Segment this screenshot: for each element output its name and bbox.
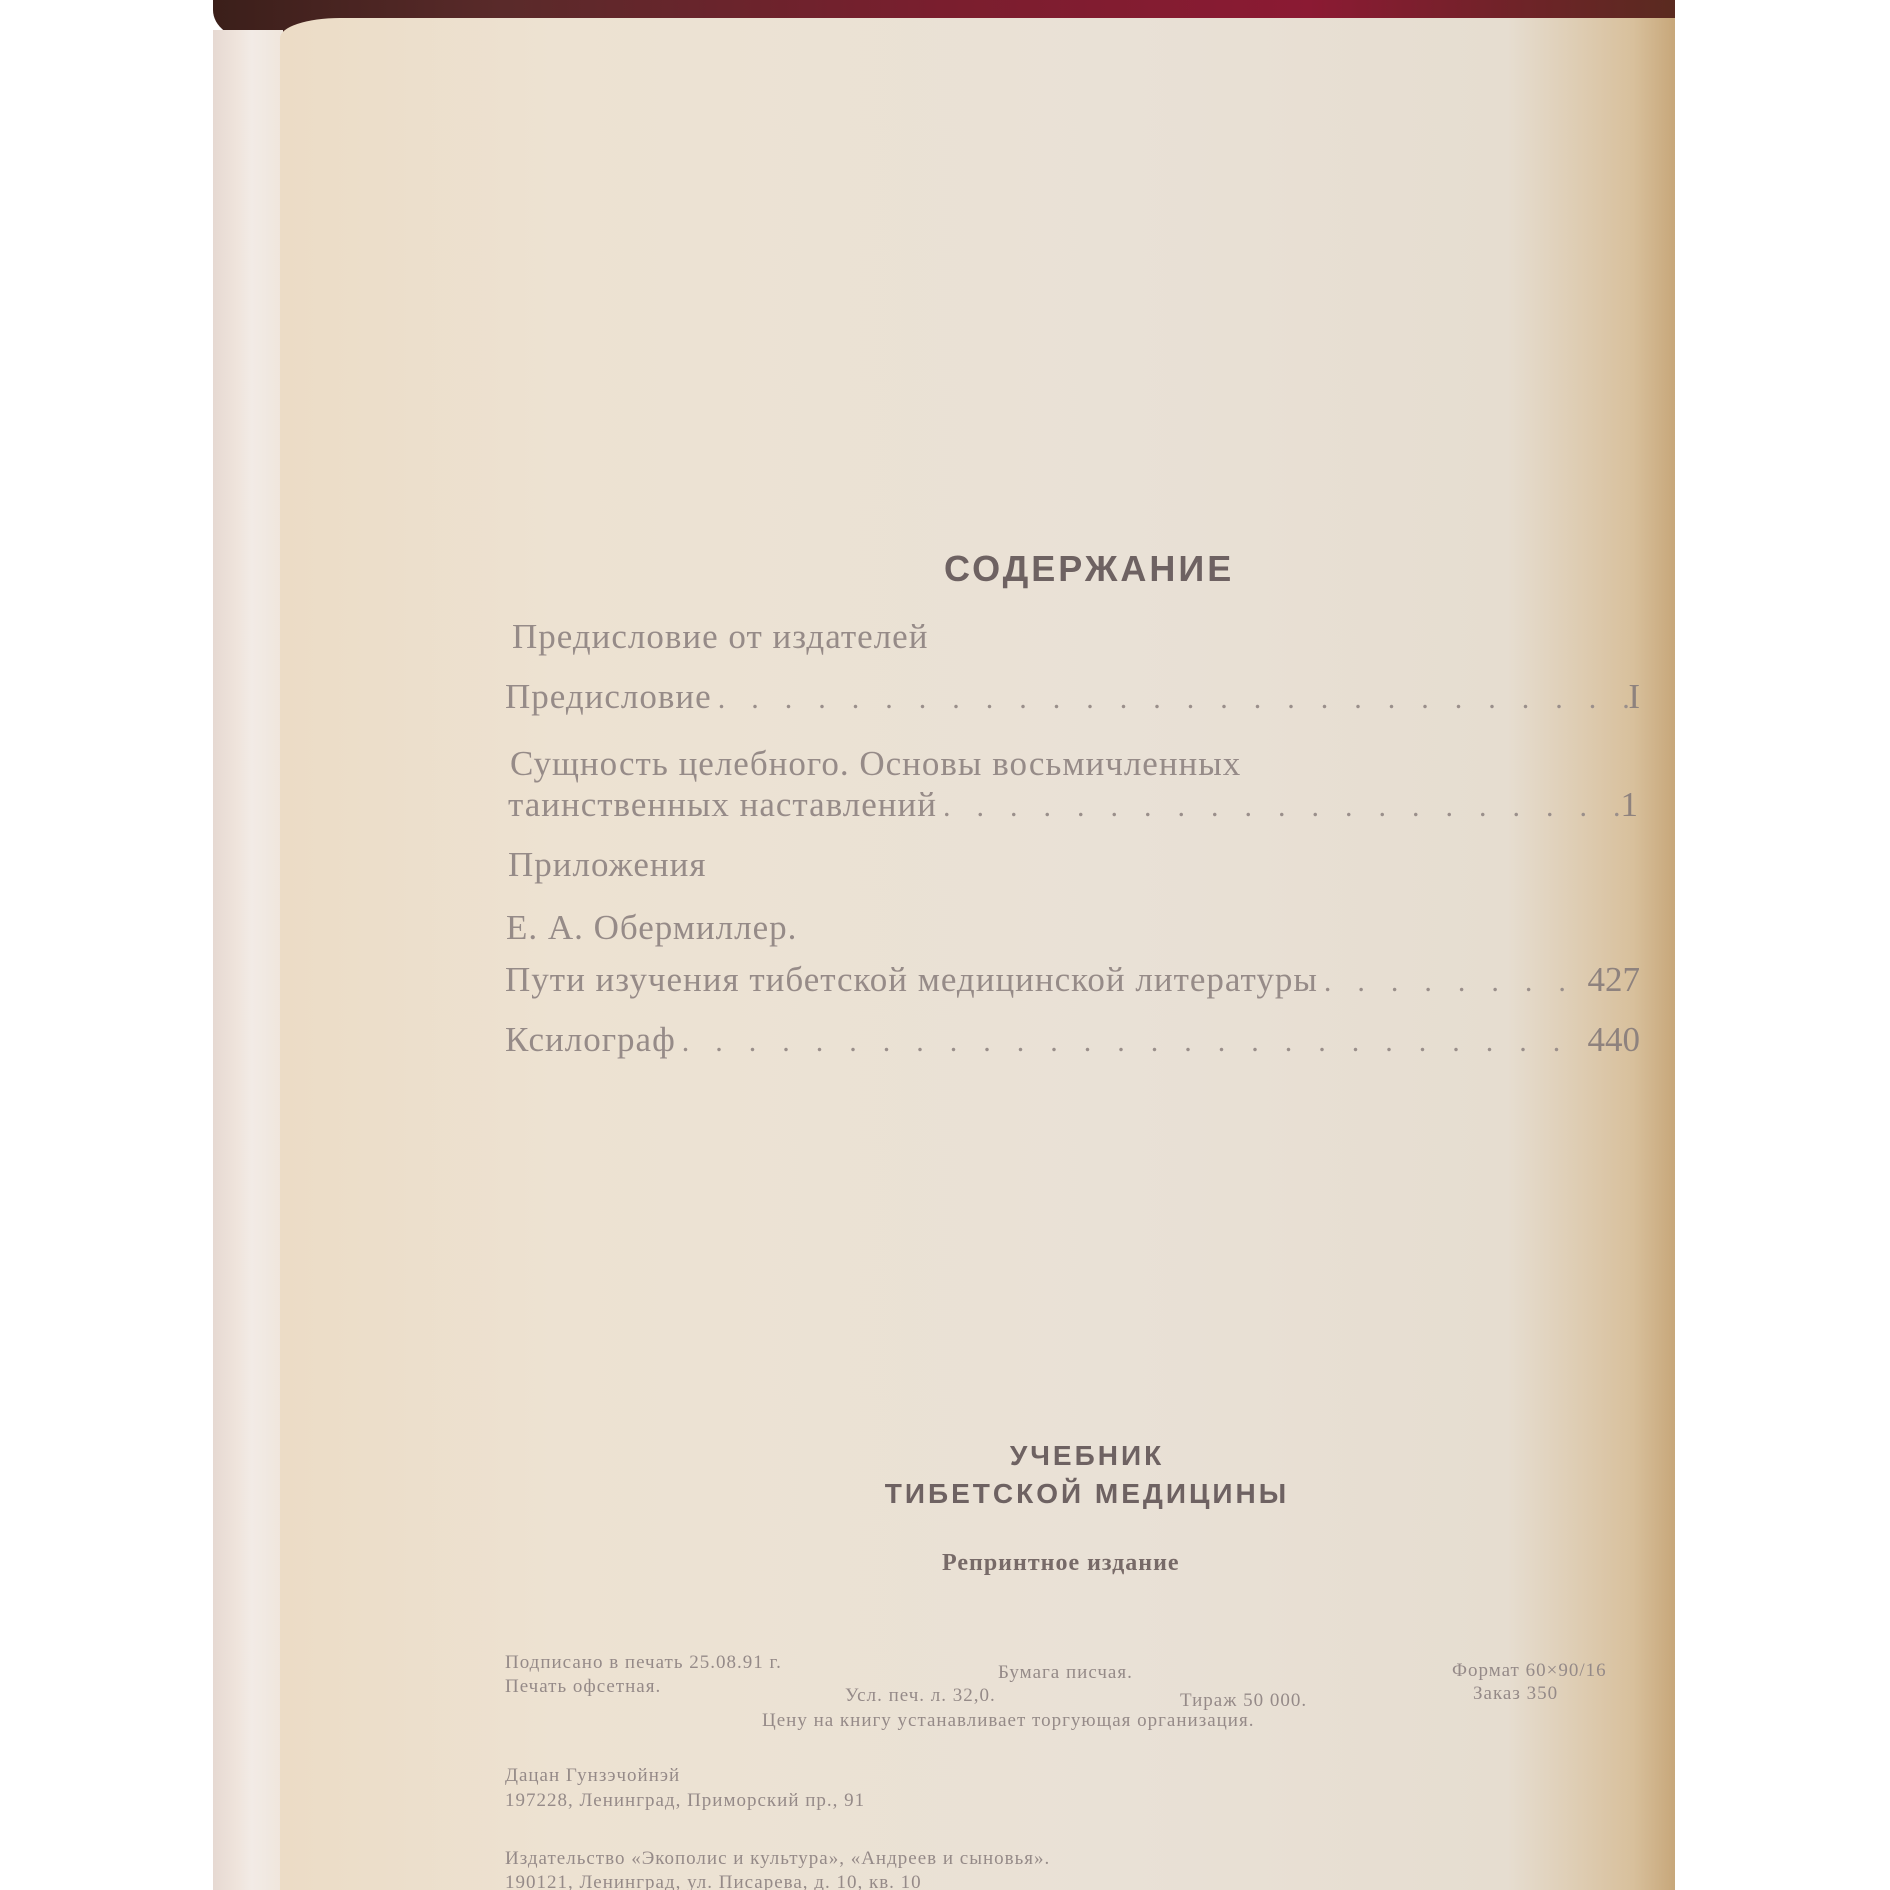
imprint-order: Заказ 350 xyxy=(1473,1683,1558,1705)
imprint-price-note: Цену на книгу устанавливает торгующая ор… xyxy=(762,1710,1254,1732)
edition-note: Репринтное издание xyxy=(942,1550,1180,1577)
page-edges xyxy=(213,30,283,1890)
toc-entry-appendices: Приложения xyxy=(508,845,706,885)
toc-entry-preface: Предисловие ............................… xyxy=(505,677,1640,717)
book-title-line2: ТИБЕТСКОЙ МЕДИЦИНЫ xyxy=(787,1478,1387,1510)
toc-entry-essence-line1: Сущность целебного. Основы восьмичленных xyxy=(510,744,1241,784)
imprint-paper: Бумага писчая. xyxy=(998,1662,1133,1684)
dot-leader: ........................................… xyxy=(712,682,1629,716)
toc-entry-publishers-preface: Предисловие от издателей xyxy=(512,617,928,657)
imprint-publisher: Издательство «Экополис и культура», «Анд… xyxy=(505,1848,1050,1870)
imprint-publisher-address: 190121, Ленинград, ул. Писарева, д. 10, … xyxy=(505,1872,922,1890)
contents-title: СОДЕРЖАНИЕ xyxy=(944,548,1234,590)
imprint-org-name: Дацан Гунзэчойнэй xyxy=(505,1765,680,1787)
imprint-sheets: Усл. печ. л. 32,0. xyxy=(845,1685,996,1707)
toc-entry-essence: таинственных наставлений ...............… xyxy=(508,785,1638,825)
toc-entry-xylograph: Ксилограф ..............................… xyxy=(505,1020,1640,1060)
toc-label: Предисловие xyxy=(505,677,712,717)
toc-label: таинственных наставлений xyxy=(508,785,937,825)
toc-page-number: 427 xyxy=(1588,960,1641,1000)
imprint-org-address: 197228, Ленинград, Приморский пр., 91 xyxy=(505,1790,865,1812)
imprint-print-type: Печать офсетная. xyxy=(505,1676,661,1698)
imprint-signed: Подписано в печать 25.08.91 г. xyxy=(505,1652,782,1674)
book-title-line1: УЧЕБНИК xyxy=(787,1440,1387,1472)
toc-page-number: I xyxy=(1628,677,1640,717)
toc-page-number: 1 xyxy=(1621,785,1639,825)
imprint-run: Тираж 50 000. xyxy=(1180,1690,1307,1712)
toc-entry-obermiller-author: Е. А. Обермиллер. xyxy=(506,908,797,948)
dot-leader: ........................................… xyxy=(676,1025,1588,1059)
book-page xyxy=(280,18,1675,1890)
dot-leader: ........................................… xyxy=(1318,965,1588,999)
toc-entry-obermiller: Пути изучения тибетской медицинской лите… xyxy=(505,960,1640,1000)
dot-leader: ........................................… xyxy=(937,790,1621,824)
toc-label: Ксилограф xyxy=(505,1020,676,1060)
toc-page-number: 440 xyxy=(1588,1020,1641,1060)
toc-label: Пути изучения тибетской медицинской лите… xyxy=(505,960,1318,1000)
imprint-format: Формат 60×90/16 xyxy=(1452,1660,1607,1682)
